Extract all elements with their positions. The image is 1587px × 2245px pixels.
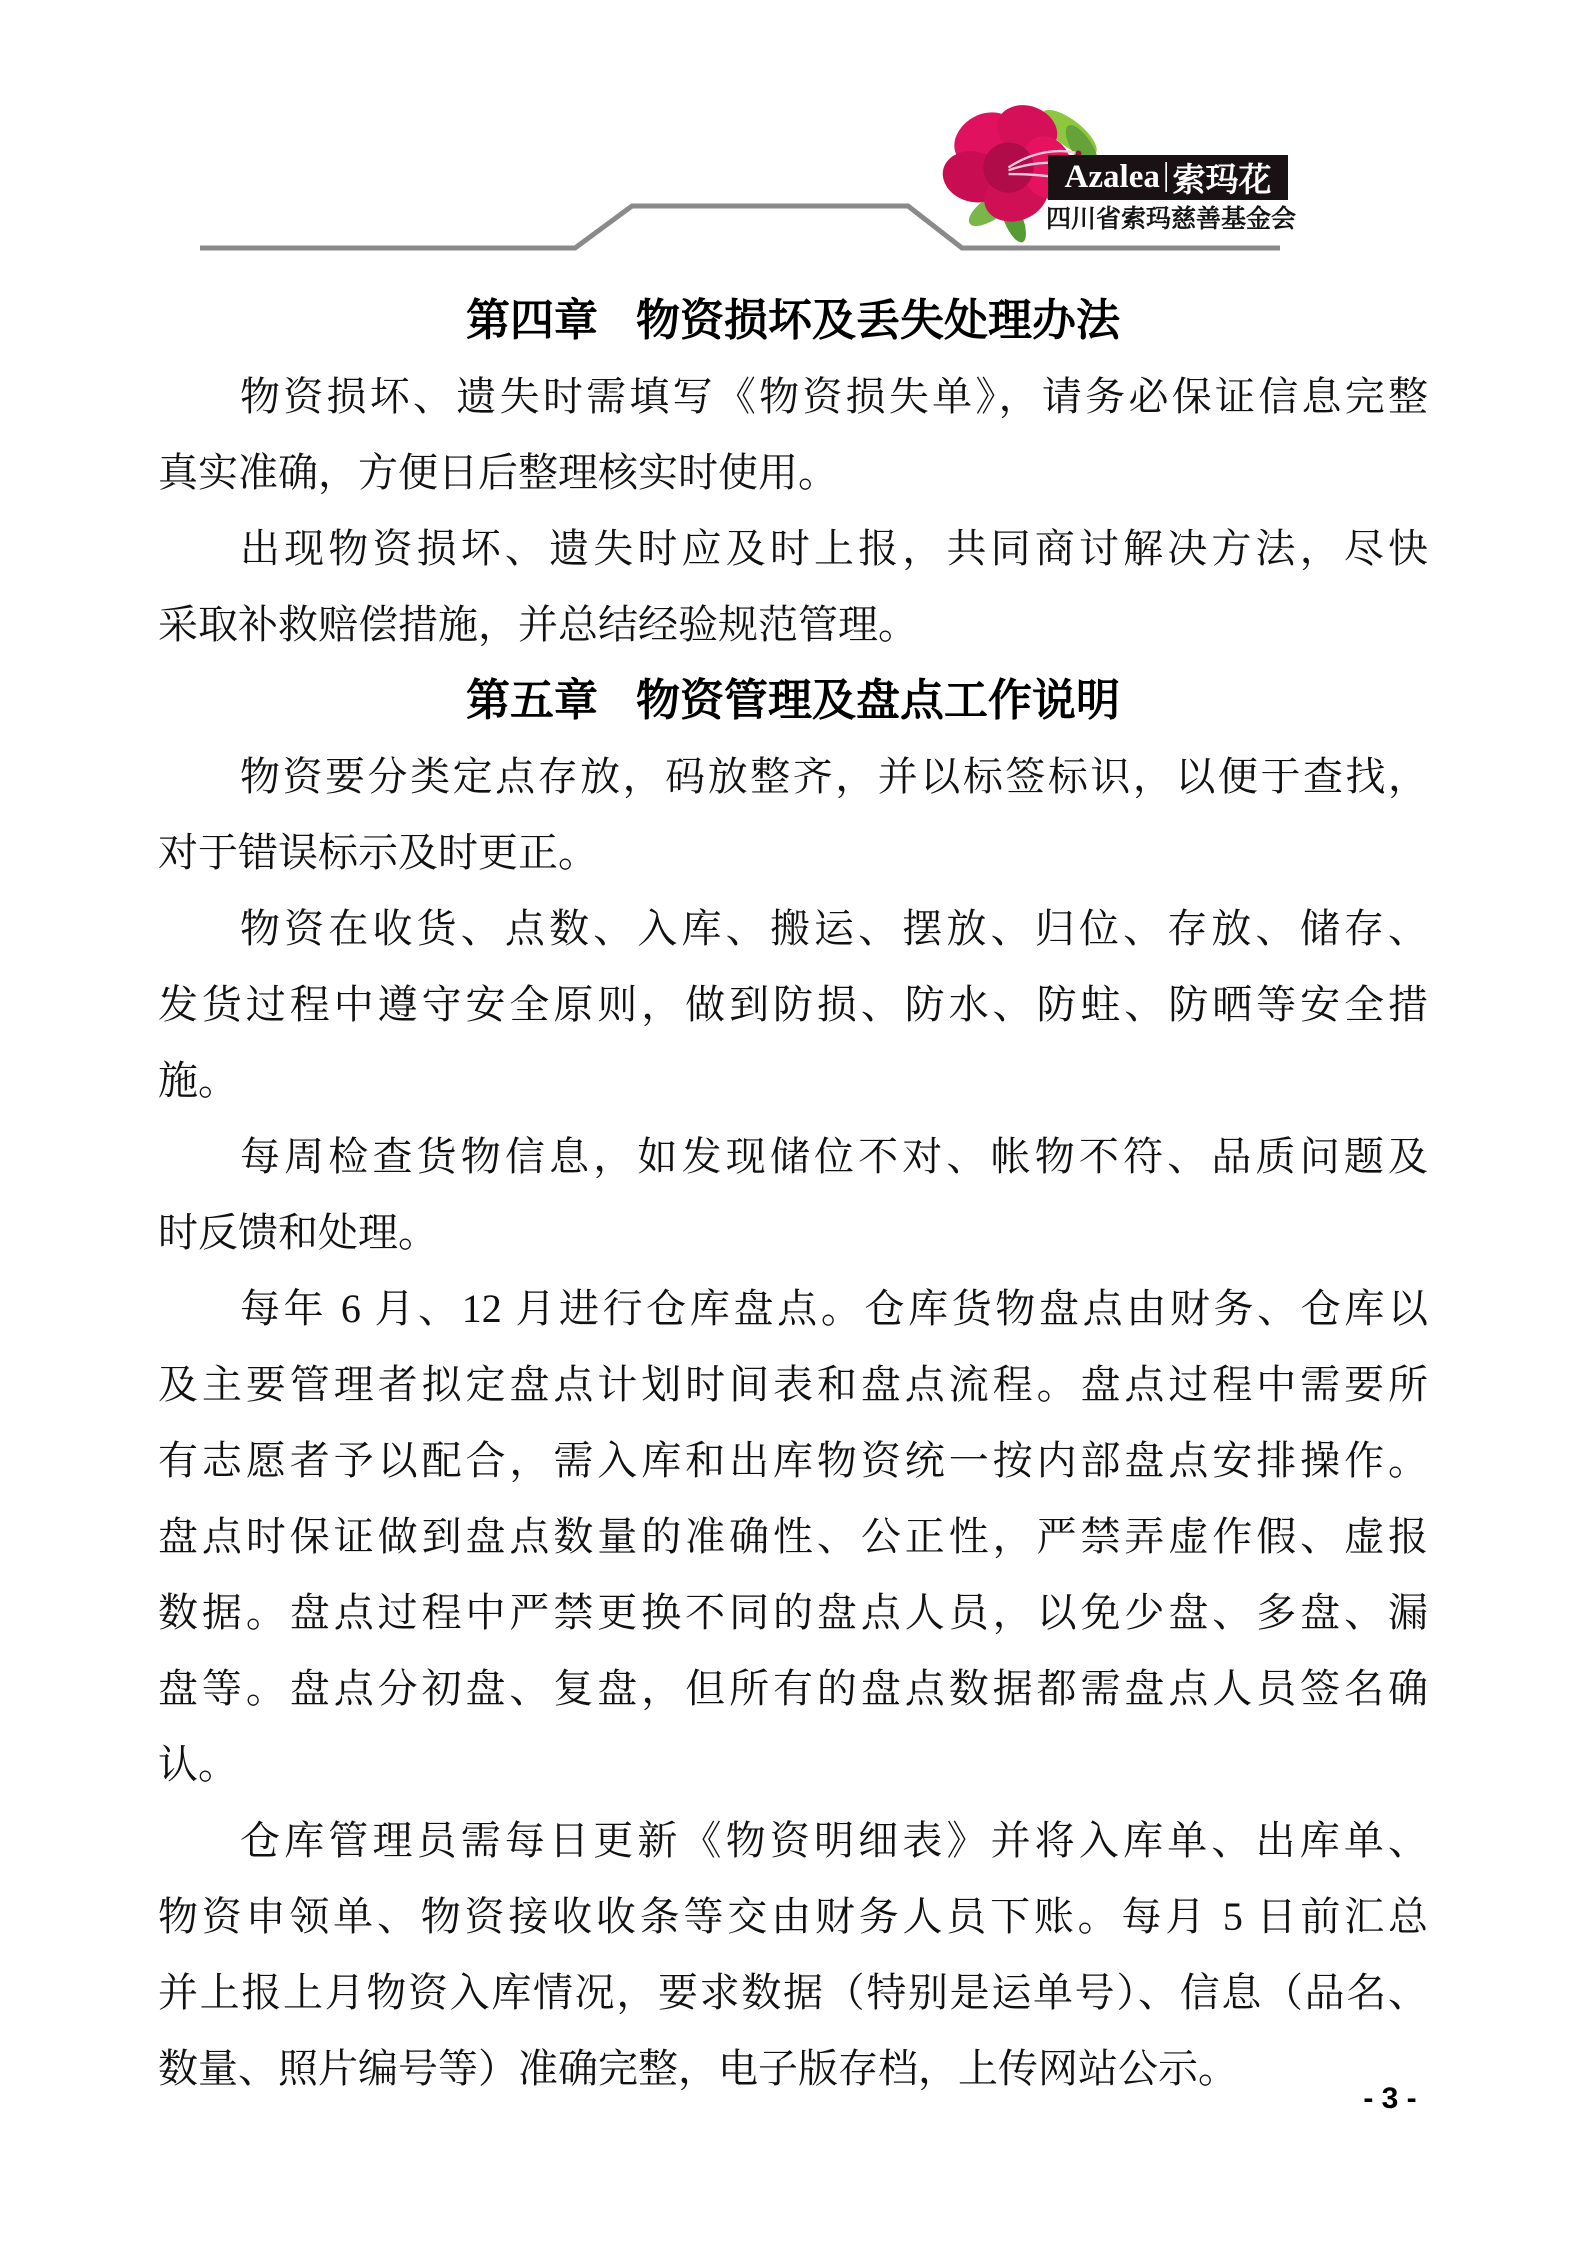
- text-line: 认。: [158, 1727, 1428, 1803]
- text-line: 发货过程中遵守安全原则，做到防损、防水、防蛀、防晒等安全措: [158, 967, 1428, 1043]
- logo-org-name: 四川省索玛慈善基金会: [1046, 201, 1288, 233]
- chapter-title: 物资管理及盘点工作说明: [636, 663, 1120, 739]
- text-line: 真实准确，方便日后整理核实时使用。: [158, 435, 1428, 511]
- page: Azalea|索玛花 四川省索玛慈善基金会 第四章物资损坏及丢失处理办法物资损坏…: [0, 0, 1587, 2245]
- page-number: - 3 -: [1340, 2082, 1440, 2122]
- chapter-heading: 第四章物资损坏及丢失处理办法: [158, 283, 1428, 359]
- text-line: 物资申领单、物资接收收条等交由财务人员下账。每月 5 日前汇总: [158, 1879, 1428, 1955]
- chapter-title: 物资损坏及丢失处理办法: [636, 283, 1120, 359]
- chapter-label: 第四章: [466, 283, 598, 359]
- paragraph: 仓库管理员需每日更新《物资明细表》并将入库单、出库单、物资申领单、物资接收收条等…: [158, 1803, 1428, 2107]
- logo: Azalea|索玛花 四川省索玛慈善基金会: [920, 85, 1300, 255]
- text-line: 及主要管理者拟定盘点计划时间表和盘点流程。盘点过程中需要所: [158, 1347, 1428, 1423]
- header-rule: [0, 0, 1587, 270]
- text-line: 盘点时保证做到盘点数量的准确性、公正性，严禁弄虚作假、虚报: [158, 1499, 1428, 1575]
- text-line: 有志愿者予以配合，需入库和出库物资统一按内部盘点安排操作。: [158, 1423, 1428, 1499]
- text-line: 仓库管理员需每日更新《物资明细表》并将入库单、出库单、: [158, 1803, 1428, 1879]
- text-line: 物资在收货、点数、入库、搬运、摆放、归位、存放、储存、: [158, 891, 1428, 967]
- paragraph: 物资损坏、遗失时需填写《物资损失单》，请务必保证信息完整真实准确，方便日后整理核…: [158, 359, 1428, 511]
- chapter-heading: 第五章物资管理及盘点工作说明: [158, 663, 1428, 739]
- text-line: 每年 6 月、12 月进行仓库盘点。仓库货物盘点由财务、仓库以: [158, 1271, 1428, 1347]
- logo-banner: Azalea|索玛花: [1048, 155, 1288, 200]
- text-line: 物资要分类定点存放，码放整齐，并以标签标识，以便于查找，: [158, 739, 1428, 815]
- text-line: 数量、照片编号等）准确完整，电子版存档，上传网站公示。: [158, 2031, 1428, 2107]
- text-line: 施。: [158, 1043, 1428, 1119]
- text-line: 采取补救赔偿措施，并总结经验规范管理。: [158, 587, 1428, 663]
- document-content: 第四章物资损坏及丢失处理办法物资损坏、遗失时需填写《物资损失单》，请务必保证信息…: [158, 283, 1428, 2107]
- paragraph: 出现物资损坏、遗失时应及时上报，共同商讨解决方法，尽快采取补救赔偿措施，并总结经…: [158, 511, 1428, 663]
- chapter-label: 第五章: [466, 663, 598, 739]
- text-line: 并上报上月物资入库情况，要求数据（特别是运单号）、信息（品名、: [158, 1955, 1428, 2031]
- paragraph: 物资在收货、点数、入库、搬运、摆放、归位、存放、储存、发货过程中遵守安全原则，做…: [158, 891, 1428, 1119]
- text-line: 时反馈和处理。: [158, 1195, 1428, 1271]
- text-line: 对于错误标示及时更正。: [158, 815, 1428, 891]
- logo-brand-en: Azalea: [1065, 159, 1160, 196]
- paragraph: 每年 6 月、12 月进行仓库盘点。仓库货物盘点由财务、仓库以及主要管理者拟定盘…: [158, 1271, 1428, 1803]
- text-line: 物资损坏、遗失时需填写《物资损失单》，请务必保证信息完整: [158, 359, 1428, 435]
- paragraph: 物资要分类定点存放，码放整齐，并以标签标识，以便于查找，对于错误标示及时更正。: [158, 739, 1428, 891]
- text-line: 每周检查货物信息，如发现储位不对、帐物不符、品质问题及: [158, 1119, 1428, 1195]
- text-line: 数据。盘点过程中严禁更换不同的盘点人员，以免少盘、多盘、漏: [158, 1575, 1428, 1651]
- logo-brand-zh: 索玛花: [1172, 154, 1271, 201]
- logo-separator: |: [1160, 157, 1173, 194]
- text-line: 出现物资损坏、遗失时应及时上报，共同商讨解决方法，尽快: [158, 511, 1428, 587]
- text-line: 盘等。盘点分初盘、复盘，但所有的盘点数据都需盘点人员签名确: [158, 1651, 1428, 1727]
- paragraph: 每周检查货物信息，如发现储位不对、帐物不符、品质问题及时反馈和处理。: [158, 1119, 1428, 1271]
